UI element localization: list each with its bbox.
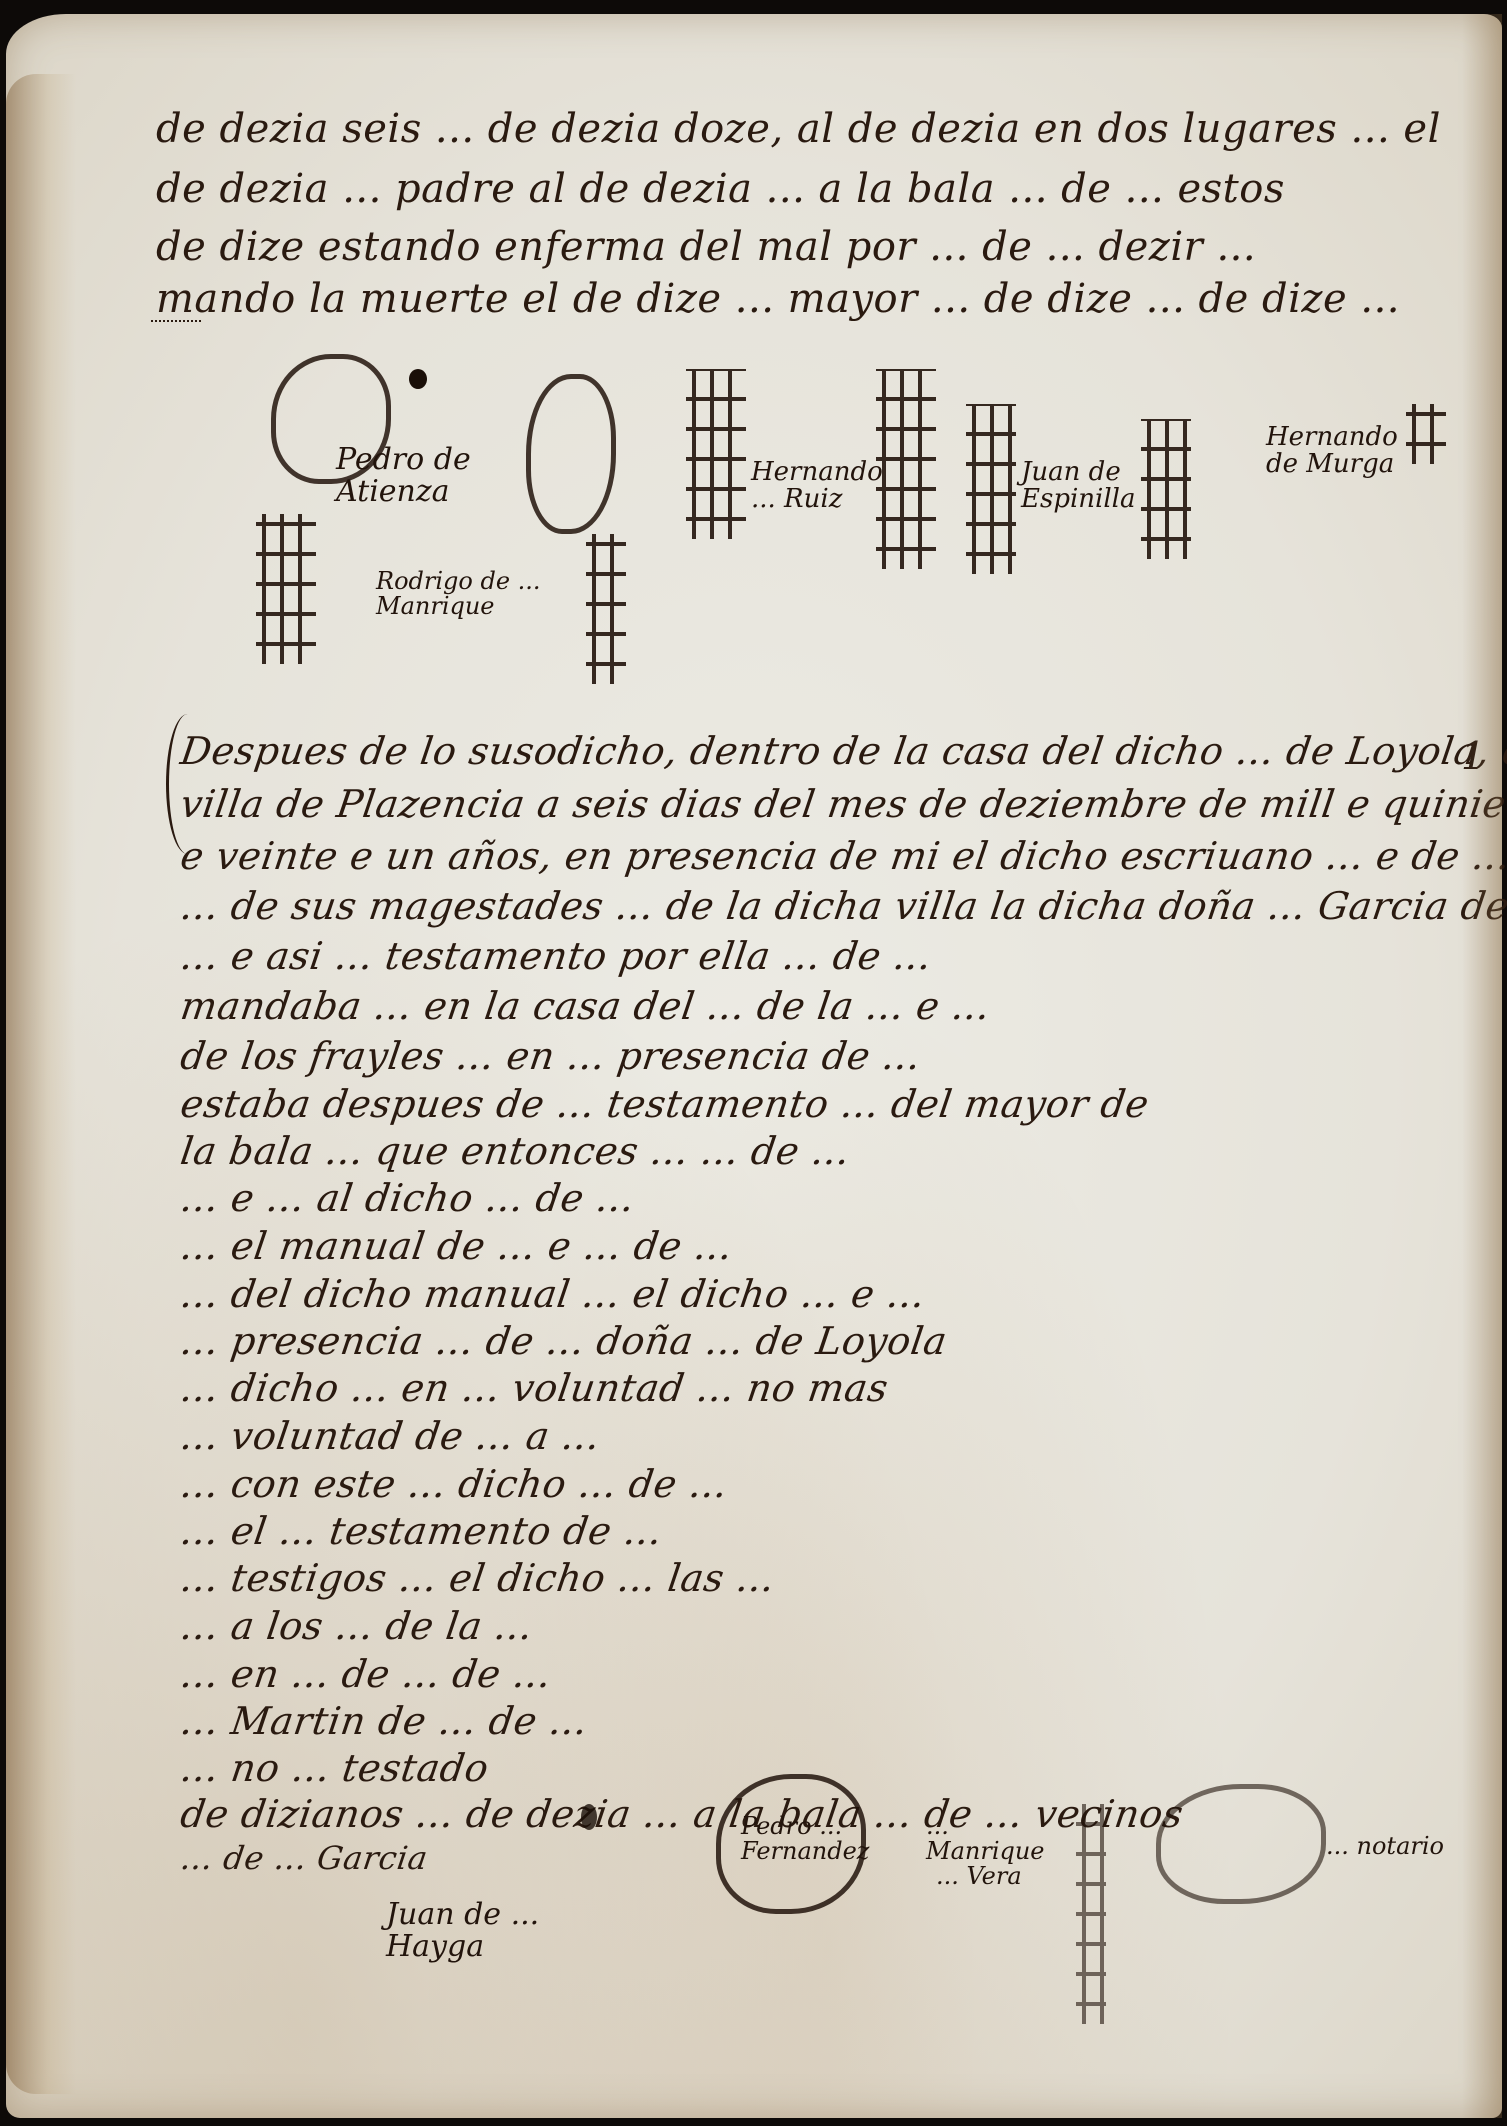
- signature-flourish: [1076, 1804, 1106, 2024]
- signature-rubric: [526, 374, 616, 534]
- body-line: ... el ... testamento de ...: [178, 1509, 665, 1553]
- signature-flourish: [1141, 419, 1191, 559]
- manuscript-page: 1 de dezia seis ... de dezia doze, al de…: [6, 14, 1502, 2118]
- body-line: ... e asi ... testamento por ella ... de…: [178, 934, 935, 978]
- signature: Hernando de Murga: [1266, 424, 1426, 479]
- signature: ... notario: [1326, 1834, 1446, 1859]
- signature: Hernando ... Ruiz: [751, 459, 871, 514]
- body-line: ... testigos ... el dicho ... las ...: [178, 1556, 778, 1600]
- body-line: ... a los ... de la ...: [178, 1604, 536, 1648]
- body-line: villa de Plazencia a seis dias del mes d…: [178, 782, 1507, 826]
- body-line: ... no ... testado: [178, 1746, 492, 1790]
- body-line: de los frayles ... en ... presencia de .…: [178, 1034, 924, 1078]
- body-line: ... con este ... dicho ... de ...: [178, 1462, 730, 1506]
- body-line: ... voluntad de ... a ...: [178, 1414, 603, 1458]
- body-line: ... de sus magestades ... de la dicha vi…: [178, 884, 1507, 928]
- signature: Rodrigo de ... Manrique: [376, 569, 576, 619]
- body-line: ... de ... Garcia: [178, 1839, 430, 1877]
- body-line: ... presencia ... de ... doña ... de Loy…: [178, 1319, 950, 1363]
- signature-flourish: [876, 369, 936, 569]
- signature-flourish: [966, 404, 1016, 574]
- body-line: ... el manual de ... e ... de ...: [178, 1224, 735, 1268]
- body-line: ... Martin de ... de ...: [178, 1699, 591, 1743]
- body-line: ... dicho ... en ... voluntad ... no mas: [178, 1366, 891, 1410]
- signature: ... Vera: [936, 1864, 1036, 1889]
- header-line: mando la muerte el de dize ... mayor ...…: [156, 276, 1400, 322]
- body-line: estaba despues de ... testamento ... del…: [178, 1082, 1152, 1126]
- ink-blot: [581, 1804, 597, 1830]
- body-line: ... del dicho manual ... el dicho ... e …: [178, 1272, 928, 1316]
- signature: ... Manrique: [926, 1814, 1046, 1864]
- signature: Juan de ... Hayga: [386, 1899, 606, 1962]
- signature-rubric: [1156, 1784, 1326, 1904]
- divider: [151, 320, 201, 322]
- body-line: e veinte e un años, en presencia de mi e…: [178, 834, 1507, 878]
- body-line: mandaba ... en la casa del ... de la ...…: [178, 984, 993, 1028]
- header-line: de dize estando enferma del mal por ... …: [156, 224, 1256, 270]
- signature-flourish: [586, 534, 626, 684]
- signature: Pedro de Atienza: [336, 444, 486, 507]
- body-line: ... e ... al dicho ... de ...: [178, 1176, 637, 1220]
- body-line: la bala ... que entonces ... ... de ...: [178, 1129, 853, 1173]
- signature: Pedro ... Fernandez: [741, 1814, 871, 1864]
- header-line: de dezia ... padre al de dezia ... a la …: [156, 166, 1285, 212]
- signature-flourish: [256, 514, 316, 664]
- signature: Juan de Espinilla: [1021, 459, 1131, 514]
- body-line: Despues de lo susodicho, dentro de la ca…: [178, 729, 1507, 773]
- signature-flourish: [686, 369, 746, 539]
- folio-mark: 1: [1461, 734, 1485, 778]
- signature-flourish: [1406, 404, 1446, 464]
- body-line: ... en ... de ... de ...: [178, 1652, 554, 1696]
- header-line: de dezia seis ... de dezia doze, al de d…: [156, 106, 1441, 152]
- ink-blot: [409, 369, 427, 389]
